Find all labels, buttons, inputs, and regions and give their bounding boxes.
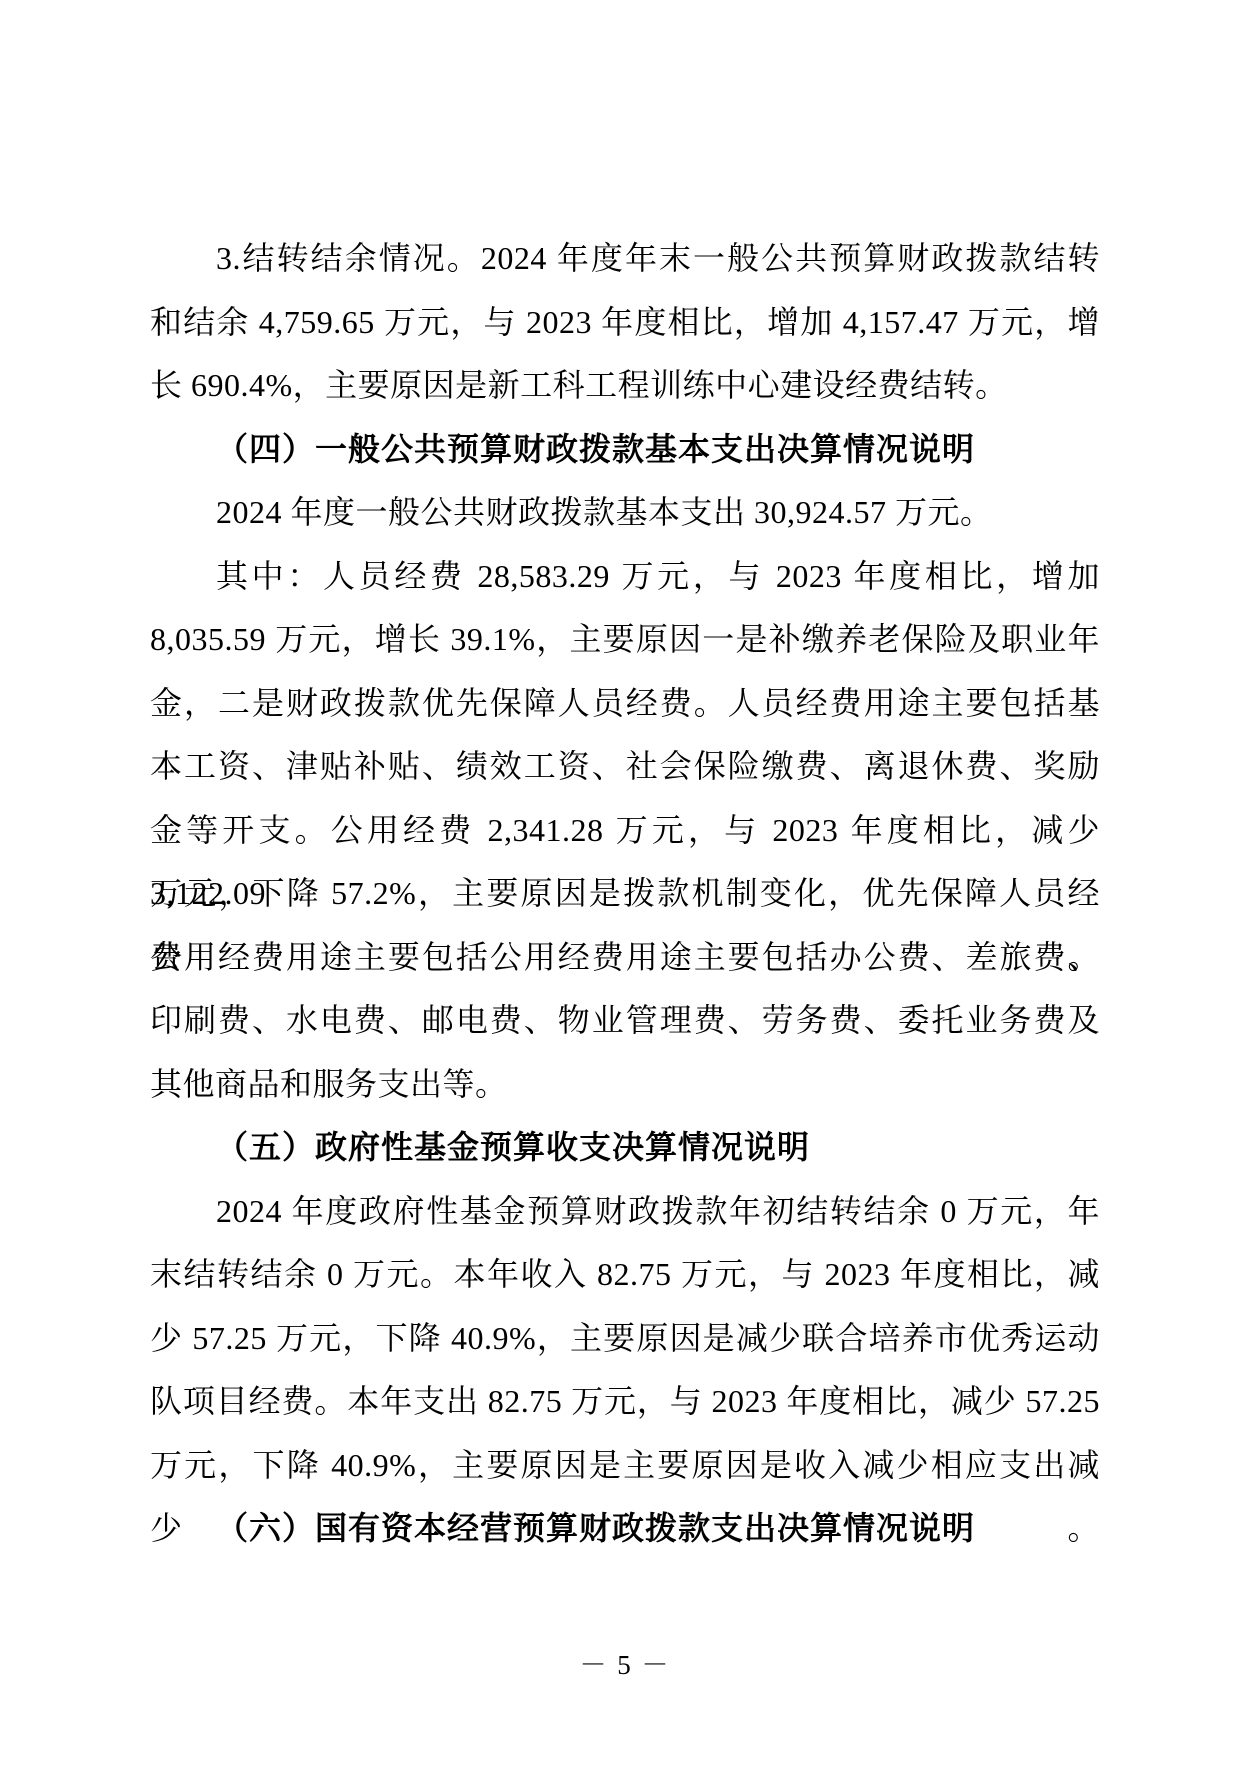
- section-heading-5: （五）政府性基金预算收支决算情况说明: [150, 1116, 1100, 1180]
- paragraph-line: 万元，下降 40.9%，主要原因是主要原因是收入减少相应支出减少。: [150, 1434, 1100, 1498]
- paragraph-line: 其他商品和服务支出等。: [150, 1053, 1100, 1117]
- section-heading-6: （六）国有资本经营预算财政拨款支出决算情况说明: [150, 1497, 1100, 1561]
- paragraph-line: 2024 年度政府性基金预算财政拨款年初结转结余 0 万元，年: [150, 1180, 1100, 1244]
- paragraph-line: 少 57.25 万元，下降 40.9%，主要原因是减少联合培养市优秀运动: [150, 1307, 1100, 1371]
- paragraph-line: 其中：人员经费 28,583.29 万元，与 2023 年度相比，增加: [150, 545, 1100, 609]
- paragraph-line: 队项目经费。本年支出 82.75 万元，与 2023 年度相比，减少 57.25: [150, 1370, 1100, 1434]
- paragraph-line: 8,035.59 万元，增长 39.1%，主要原因一是补缴养老保险及职业年: [150, 608, 1100, 672]
- paragraph-line: 印刷费、水电费、邮电费、物业管理费、劳务费、委托业务费及: [150, 989, 1100, 1053]
- section-heading-4: （四）一般公共预算财政拨款基本支出决算情况说明: [150, 418, 1100, 482]
- paragraph-line: 3.结转结余情况。2024 年度年末一般公共预算财政拨款结转: [150, 227, 1100, 291]
- paragraph-line: 本工资、津贴补贴、绩效工资、社会保险缴费、离退休费、奖励: [150, 735, 1100, 799]
- paragraph-line: 金等开支。公用经费 2,341.28 万元，与 2023 年度相比，减少 3,1…: [150, 799, 1100, 863]
- paragraph-line: 长 690.4%，主要原因是新工科工程训练中心建设经费结转。: [150, 354, 1100, 418]
- paragraph-line: 公用经费用途主要包括公用经费用途主要包括办公费、差旅费、: [150, 926, 1100, 990]
- page-number: － 5 －: [0, 1645, 1250, 1685]
- paragraph-line: 万元，下降 57.2%，主要原因是拨款机制变化，优先保障人员经费。: [150, 862, 1100, 926]
- paragraph-line: 金，二是财政拨款优先保障人员经费。人员经费用途主要包括基: [150, 672, 1100, 736]
- paragraph-line: 2024 年度一般公共财政拨款基本支出 30,924.57 万元。: [150, 481, 1100, 545]
- paragraph-line: 和结余 4,759.65 万元，与 2023 年度相比，增加 4,157.47 …: [150, 291, 1100, 355]
- document-body: 3.结转结余情况。2024 年度年末一般公共预算财政拨款结转 和结余 4,759…: [150, 227, 1100, 1561]
- document-page: 3.结转结余情况。2024 年度年末一般公共预算财政拨款结转 和结余 4,759…: [0, 0, 1250, 1778]
- paragraph-line: 末结转结余 0 万元。本年收入 82.75 万元，与 2023 年度相比，减: [150, 1243, 1100, 1307]
